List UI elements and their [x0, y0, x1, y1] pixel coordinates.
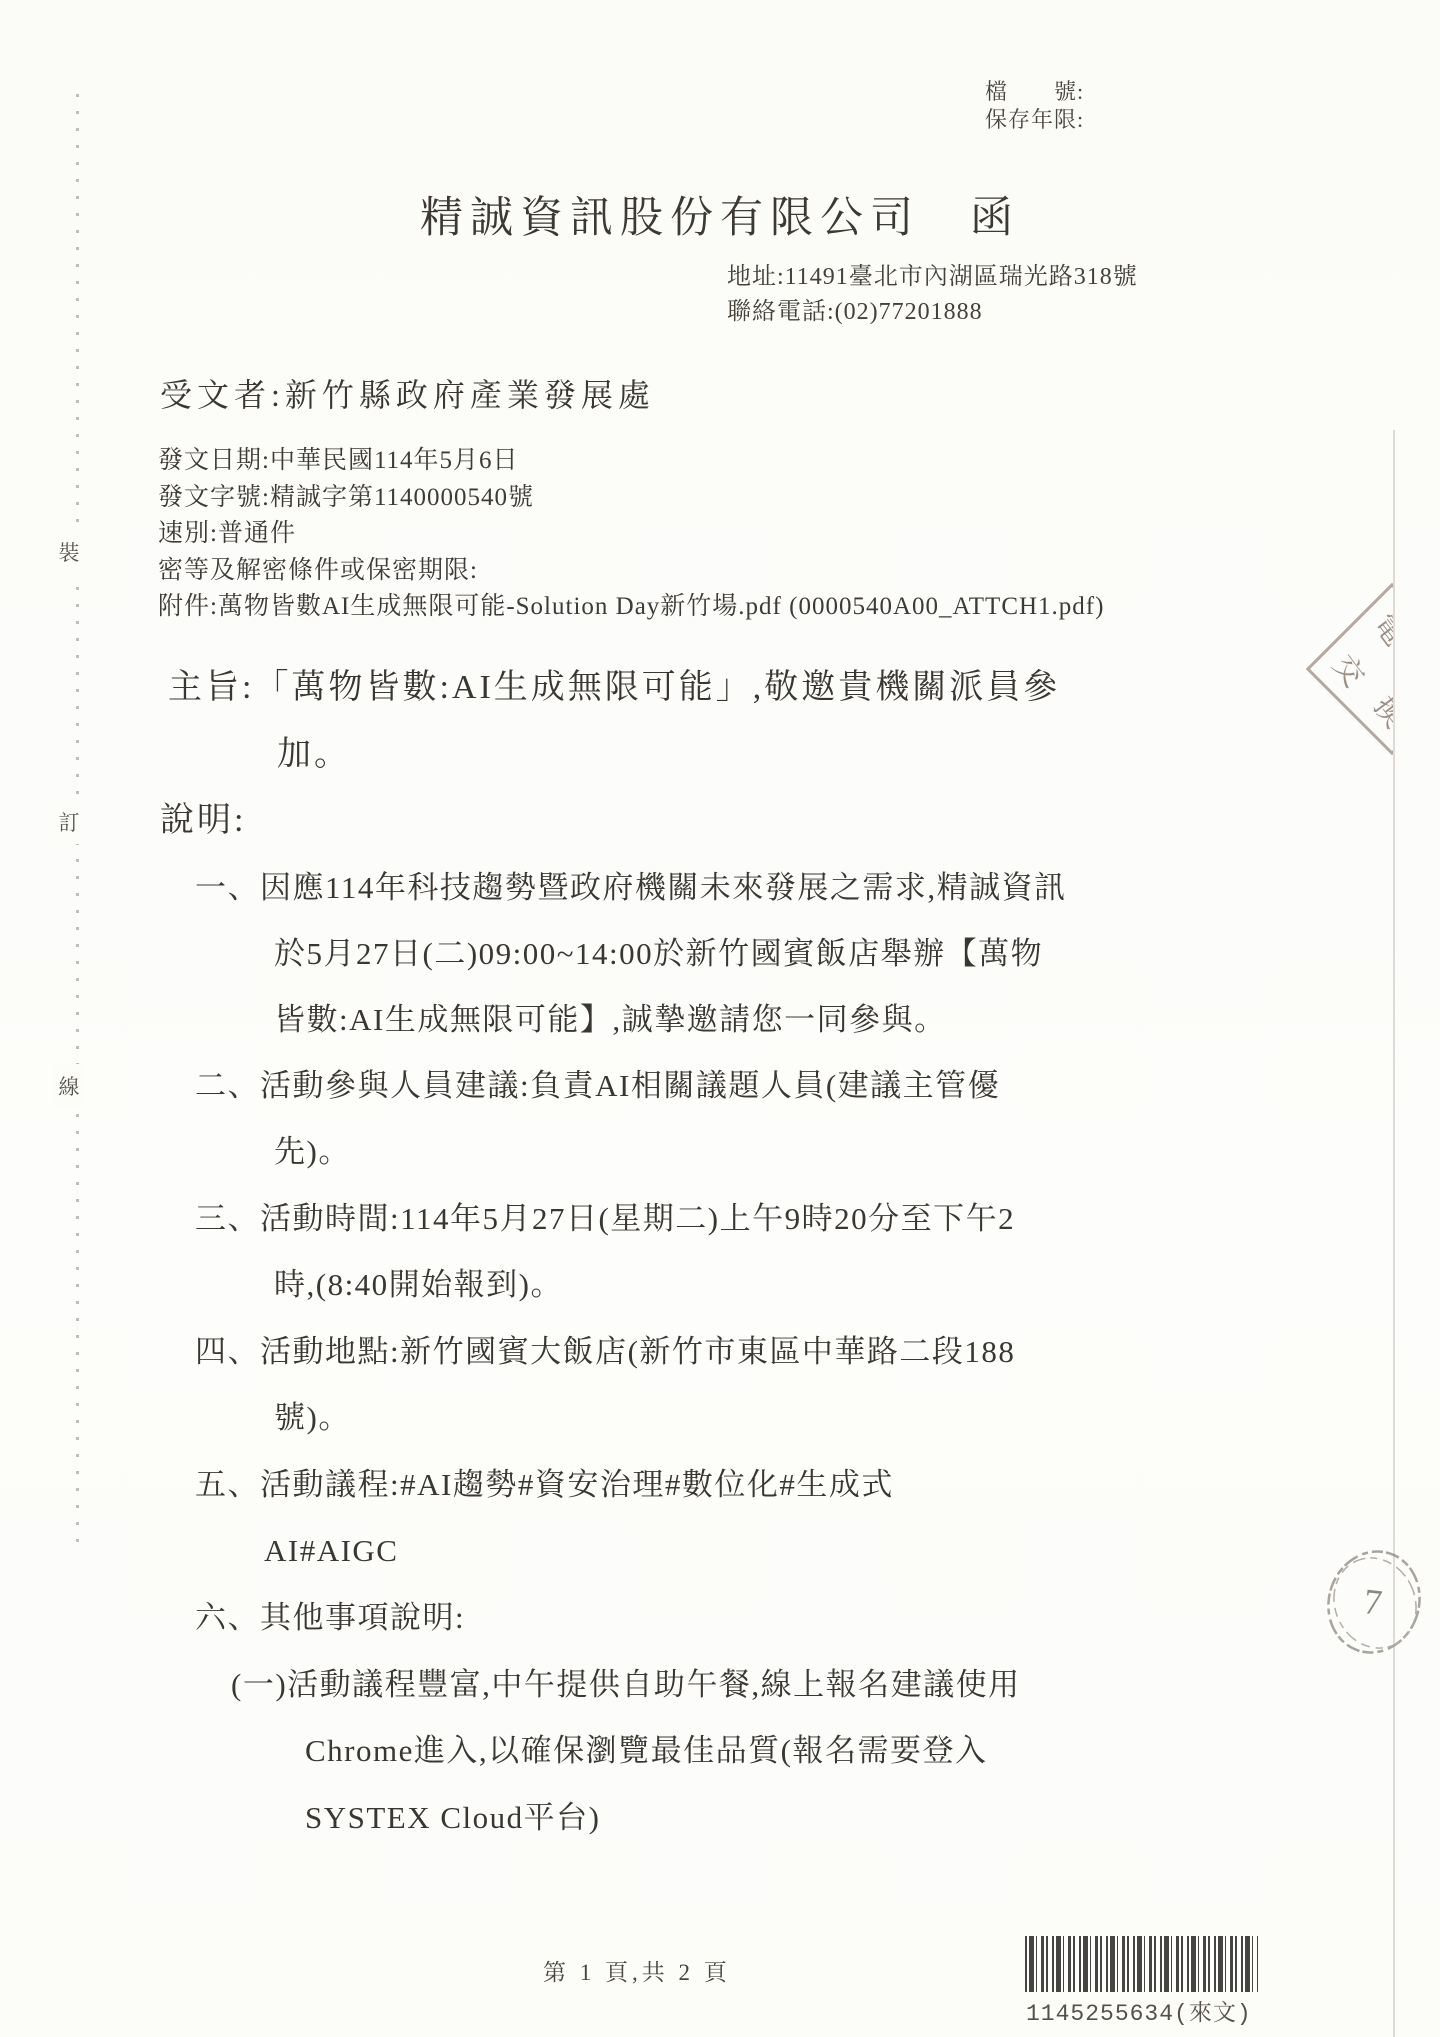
- subject-line-2: 加。: [277, 735, 351, 774]
- issue-date-line: 發文日期:中華民國114年5月6日: [158, 443, 1104, 480]
- page-number-stamp: 7: [1322, 1545, 1426, 1660]
- recipient-line: 受文者:新竹縣政府產業發展處: [160, 370, 655, 416]
- electronic-exchange-stamp-border: 電 子 交 換: [1306, 583, 1393, 756]
- item5-line-2: AI#AIGC: [264, 1533, 399, 1569]
- item2-line-1: 二、活動參與人員建議:負責AI相關議題人員(建議主管優: [195, 1068, 1000, 1104]
- retention-period-label: 保存年限:: [985, 106, 1084, 134]
- item6-sub1-line-2: Chrome進入,以確保瀏覽最佳品質(報名需要登入: [305, 1733, 987, 1769]
- item3-line-1: 三、活動時間:114年5月27日(星期二)上午9時20分至下午2: [195, 1201, 1015, 1237]
- binding-mark-ding: 訂: [54, 800, 84, 844]
- item1-line-2: 於5月27日(二)09:00~14:00於新竹國賓飯店舉辦【萬物: [274, 936, 1043, 972]
- electronic-exchange-stamp: 電 子 交 換: [1290, 575, 1393, 760]
- binding-mark-xian: 線: [54, 1064, 84, 1108]
- item1-line-1: 一、因應114年科技趨勢暨政府機關未來發展之需求,精誠資訊: [195, 870, 1067, 906]
- item6-line-1: 六、其他事項說明:: [195, 1600, 465, 1636]
- sender-phone: 聯絡電話:(02)77201888: [727, 291, 983, 326]
- item5-line-1: 五、活動議程:#AI趨勢#資安治理#數位化#生成式: [195, 1467, 894, 1503]
- item6-sub1-line-1: (一)活動議程豐富,中午提供自助午餐,線上報名建議使用: [231, 1667, 1021, 1703]
- item2-line-2: 先)。: [274, 1134, 351, 1170]
- explanation-label: 說明:: [160, 801, 246, 840]
- stamp-char: 電: [1365, 603, 1393, 653]
- sender-address: 地址:11491臺北市內湖區瑞光路318號: [727, 256, 1138, 291]
- item3-line-2: 時,(8:40開始報到)。: [274, 1267, 563, 1303]
- file-number-label: 檔 號:: [985, 78, 1084, 106]
- item6-sub1-line-3: SYSTEX Cloud平台): [305, 1800, 601, 1836]
- stamp-char: 交: [1324, 644, 1377, 694]
- stamp-char: 換: [1365, 685, 1393, 735]
- subject-line-1: 主旨:「萬物皆數:AI生成無限可能」,敬邀貴機關派員參: [168, 668, 1060, 707]
- filing-block: 檔 號: 保存年限:: [985, 78, 1084, 134]
- barcode-number: 1145255634(來文): [1026, 1994, 1252, 2027]
- item1-line-3: 皆數:AI生成無限可能】,誠摯邀請您一同參與。: [274, 1002, 947, 1038]
- priority-line: 速別:普通件: [158, 516, 1104, 553]
- page-indicator: 第 1 頁,共 2 頁: [543, 1954, 731, 1987]
- scanned-official-letter-page: 檔 號: 保存年限: 精誠資訊股份有限公司 函 地址:11491臺北市內湖區瑞光…: [0, 0, 1440, 2037]
- doc-number-line: 發文字號:精誠字第1140000540號: [158, 480, 1104, 517]
- binding-mark-zhuang: 裝: [54, 530, 84, 574]
- barcode: [1025, 1936, 1258, 1992]
- item4-line-2: 號)。: [274, 1400, 351, 1436]
- attachment-line: 附件:萬物皆數AI生成無限可能-Solution Day新竹場.pdf (000…: [158, 589, 1104, 626]
- document-meta-block: 發文日期:中華民國114年5月6日 發文字號:精誠字第1140000540號 速…: [158, 443, 1104, 626]
- document-title: 精誠資訊股份有限公司 函: [0, 184, 1440, 245]
- item4-line-1: 四、活動地點:新竹國賓大飯店(新竹市東區中華路二段188: [195, 1334, 1015, 1370]
- security-line: 密等及解密條件或保密期限:: [158, 553, 1104, 590]
- paper-edge-line: [1393, 430, 1395, 2037]
